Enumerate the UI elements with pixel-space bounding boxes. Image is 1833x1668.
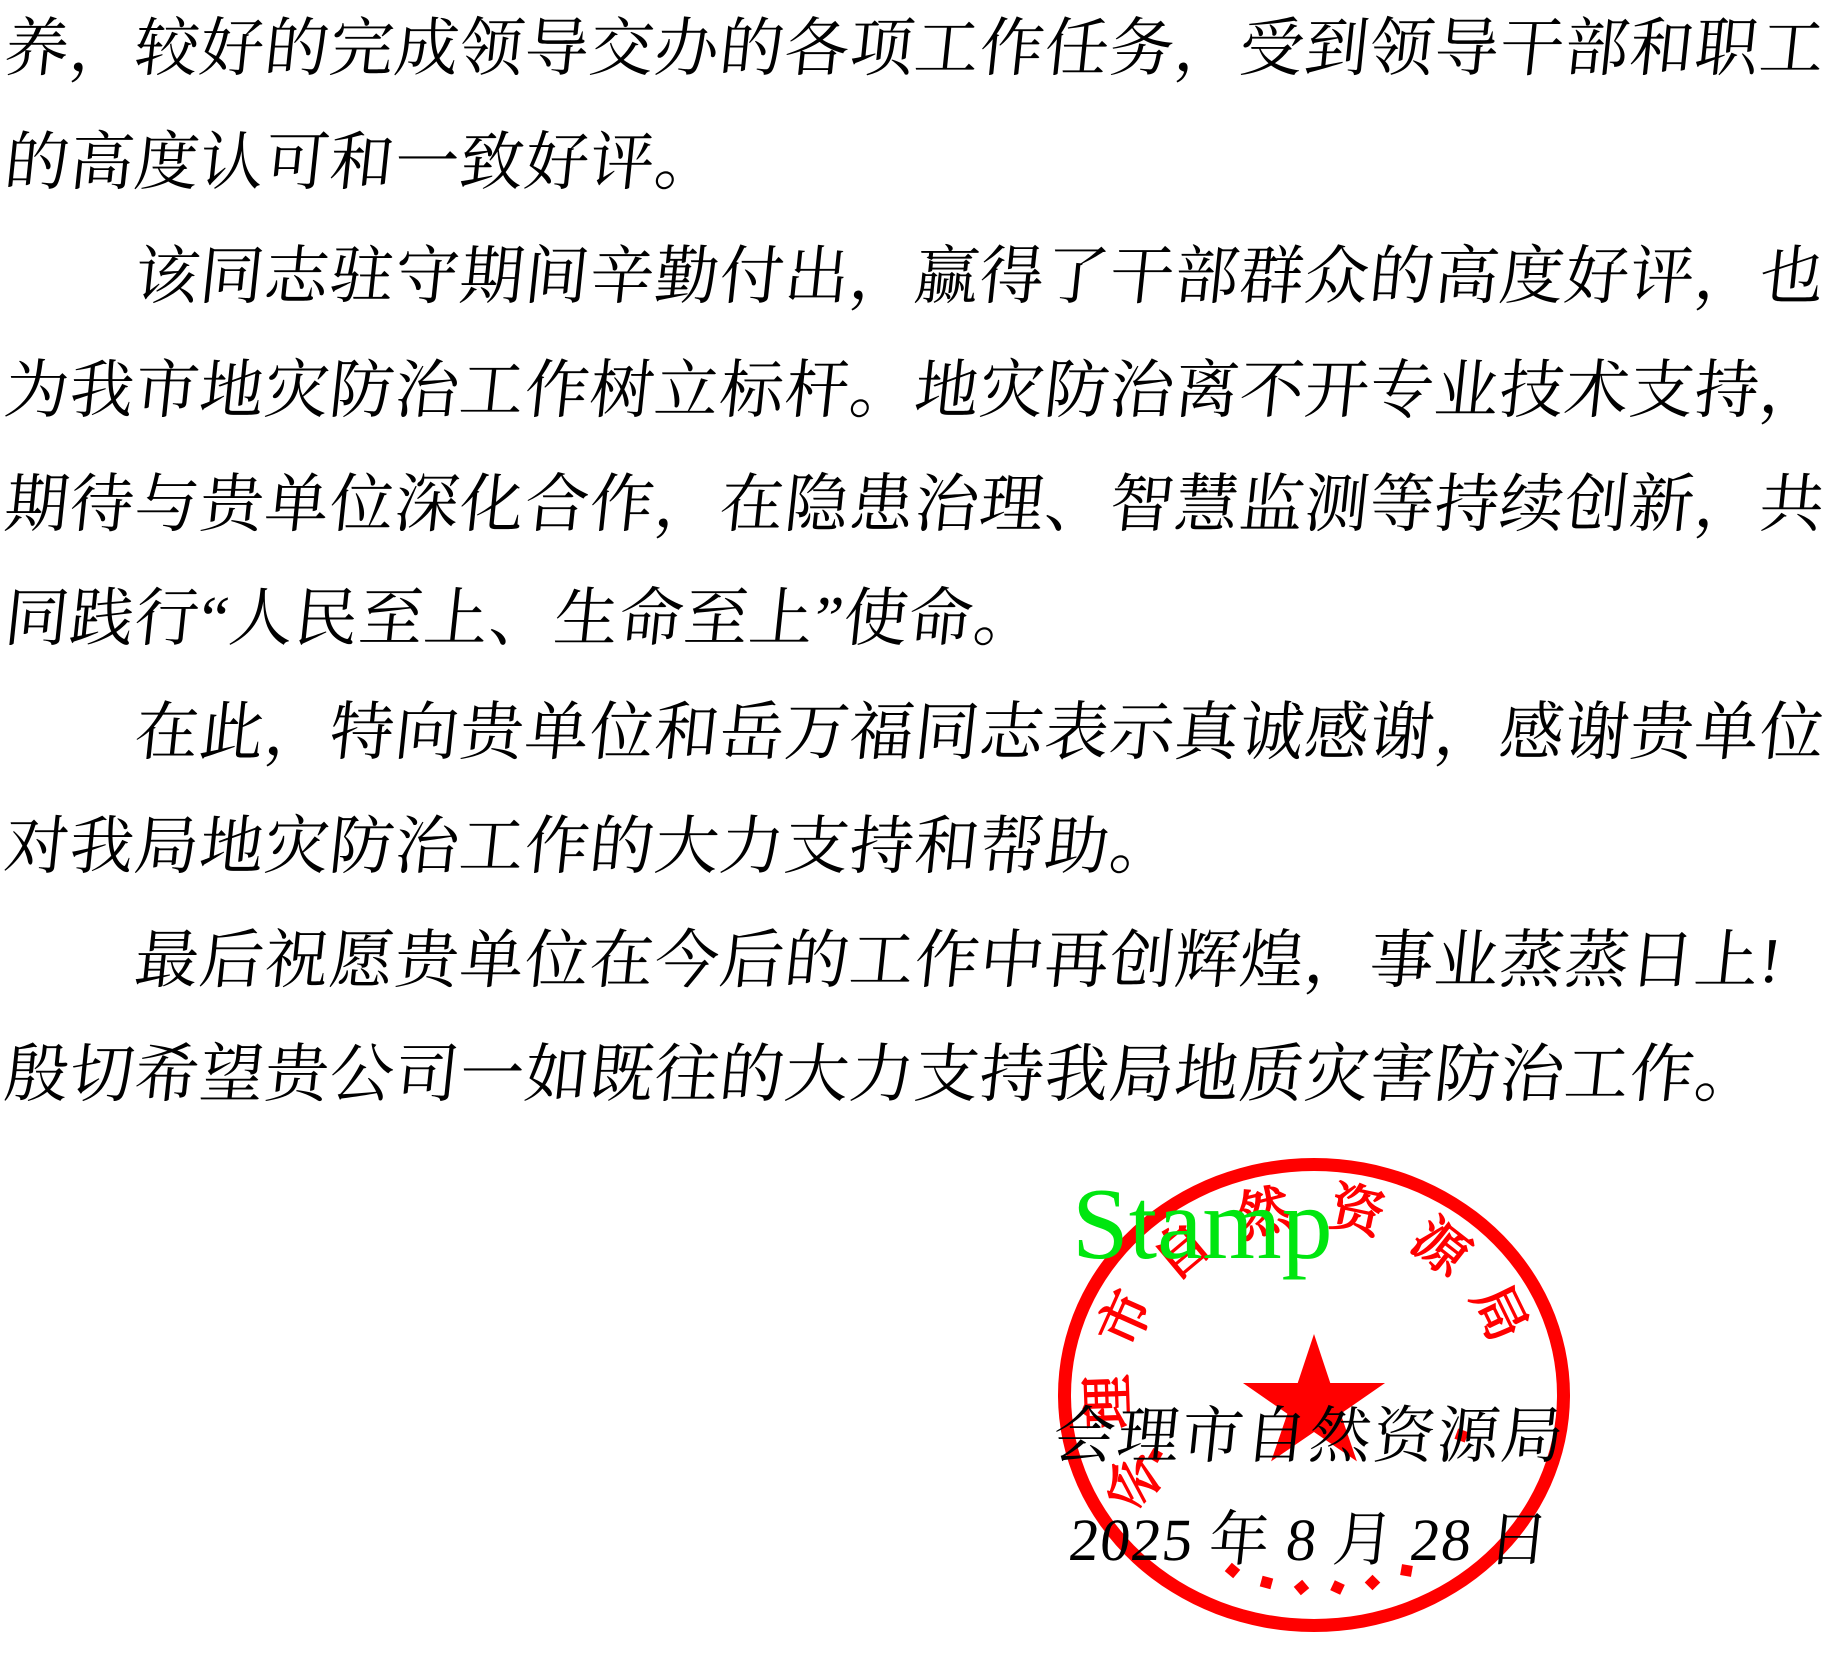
- signature-date: 2025 年 8 月 28 日: [1045, 1492, 1574, 1578]
- body-line-7: 在此，特向贵单位和岳万福同志表示真诚感谢，感谢贵单位: [0, 676, 1833, 790]
- body-line-6: 同践行“人民至上、生命至上”使命。: [0, 562, 1833, 676]
- body-line-9: 最后祝愿贵单位在今后的工作中再创辉煌，事业蒸蒸日上!: [0, 904, 1833, 1018]
- signature-agency: 会理市自然资源局: [1045, 1386, 1574, 1475]
- body-line-3: 该同志驻守期间辛勤付出，赢得了干部群众的高度好评，也: [0, 220, 1833, 334]
- letter-page: { "document": { "lines": [ { "text": "养，…: [0, 0, 1833, 1668]
- body-line-2: 的高度认可和一致好评。: [0, 106, 1833, 220]
- body-line-8: 对我局地灾防治工作的大力支持和帮助。: [0, 790, 1833, 904]
- body-line-4: 为我市地灾防治工作树立标杆。地灾防治离不开专业技术支持，: [0, 334, 1833, 448]
- body-line-1: 养，较好的完成领导交办的各项工作任务，受到领导干部和职工: [0, 0, 1833, 106]
- body-line-10: 殷切希望贵公司一如既往的大力支持我局地质灾害防治工作。: [0, 1018, 1833, 1132]
- letter-body: 养，较好的完成领导交办的各项工作任务，受到领导干部和职工 的高度认可和一致好评。…: [5, 0, 1828, 1132]
- body-line-5: 期待与贵单位深化合作，在隐患治理、智慧监测等持续创新，共: [0, 448, 1833, 562]
- stamp-watermark-label: Stamp: [1072, 1170, 1333, 1280]
